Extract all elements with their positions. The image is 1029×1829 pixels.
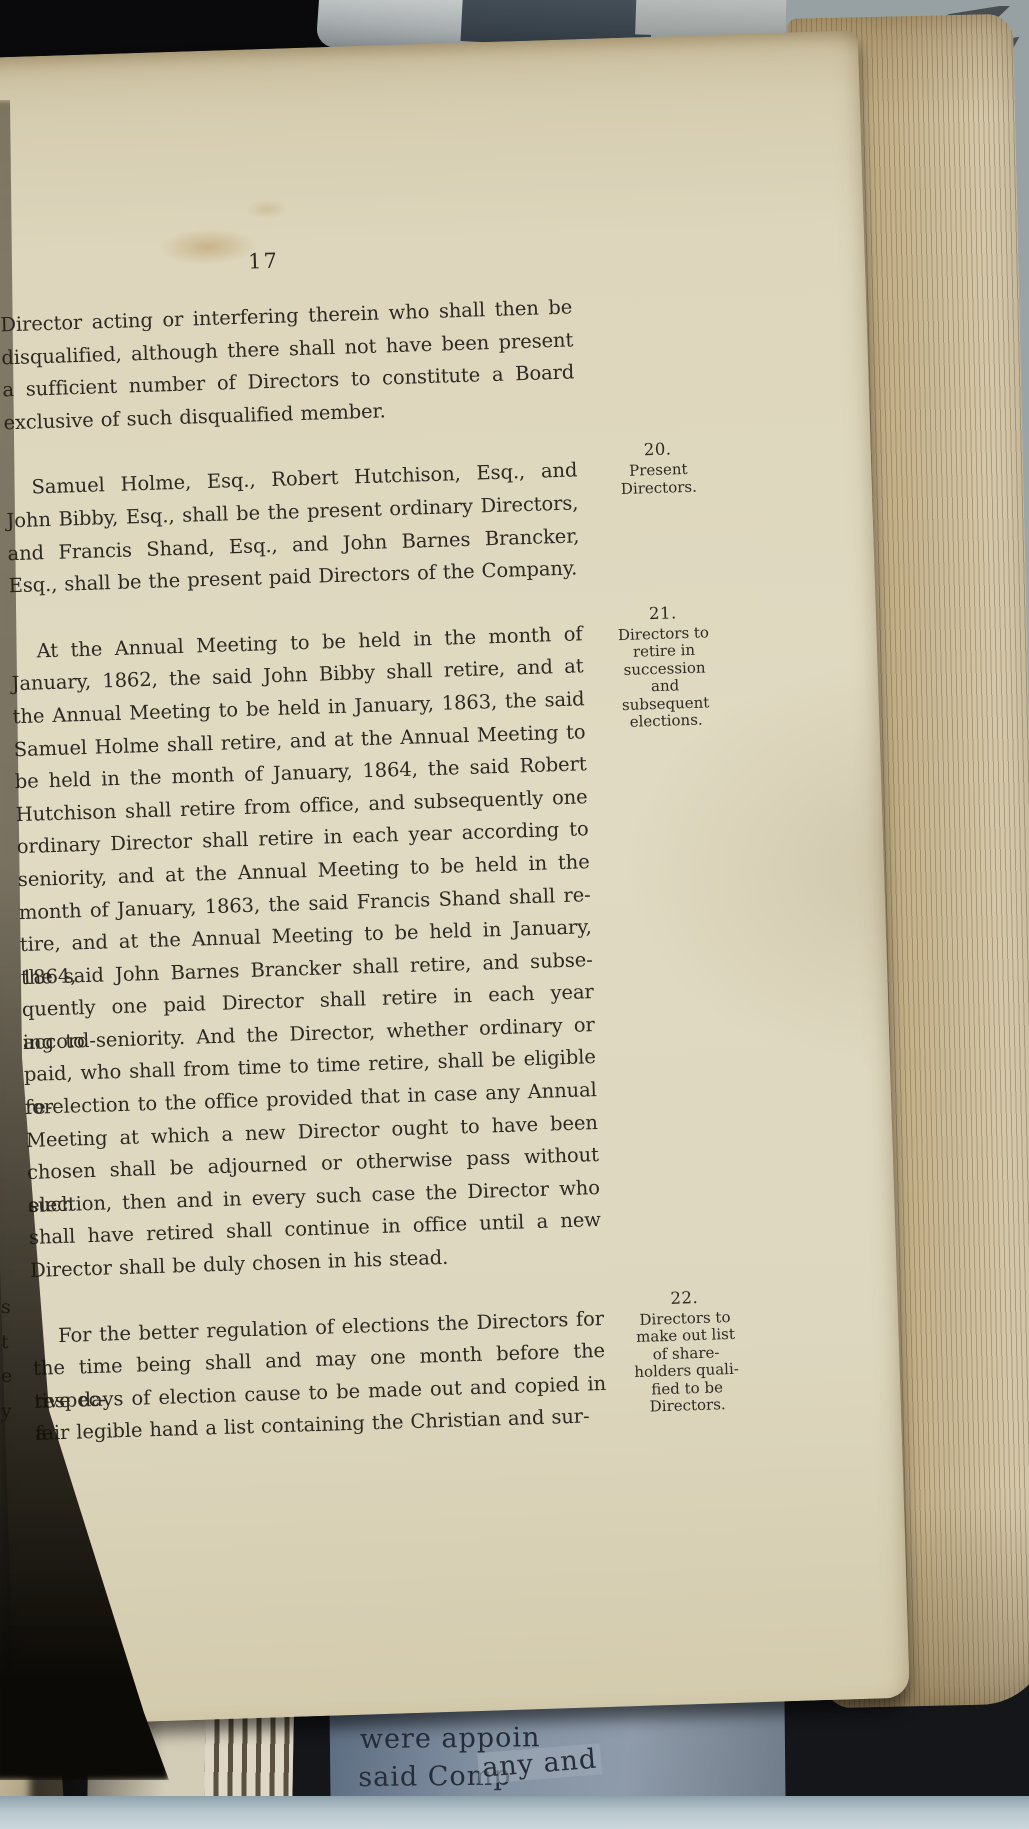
clause-number: 20. [582,438,733,462]
margin-note-line: elections. [591,711,741,733]
clause-number: 21. [588,601,739,625]
margin-note: 21.Directors toretire insuccessionandsub… [588,601,742,733]
fanned-page-edges [204,1707,294,1809]
paragraph: Director acting or interfering therein w… [0,291,576,439]
paragraph: 20.PresentDirectors.Samuel Holme, Esq., … [5,455,581,603]
text-block: Director acting or interfering therein w… [0,286,776,1484]
page-number: 17 [198,247,329,275]
margin-note-line: Directors. [612,1395,762,1417]
margin-note-line: Directors. [584,477,734,499]
margin-note: 20.PresentDirectors. [582,438,734,500]
book-photo-scene: on the 11th dwere appoinsaid Company and… [0,0,1029,1829]
margin-note: 22.Directors tomake out listof share-hol… [609,1286,763,1418]
paragraph: 22.Directors tomake out listof share-hol… [32,1303,608,1451]
clause-number: 22. [609,1286,760,1310]
foreground-table-edge [0,1796,1029,1829]
paragraph: 21.Directors toretire insuccessionandsub… [10,618,602,1288]
book-page: 17 Director acting or interfering therei… [0,30,910,1725]
